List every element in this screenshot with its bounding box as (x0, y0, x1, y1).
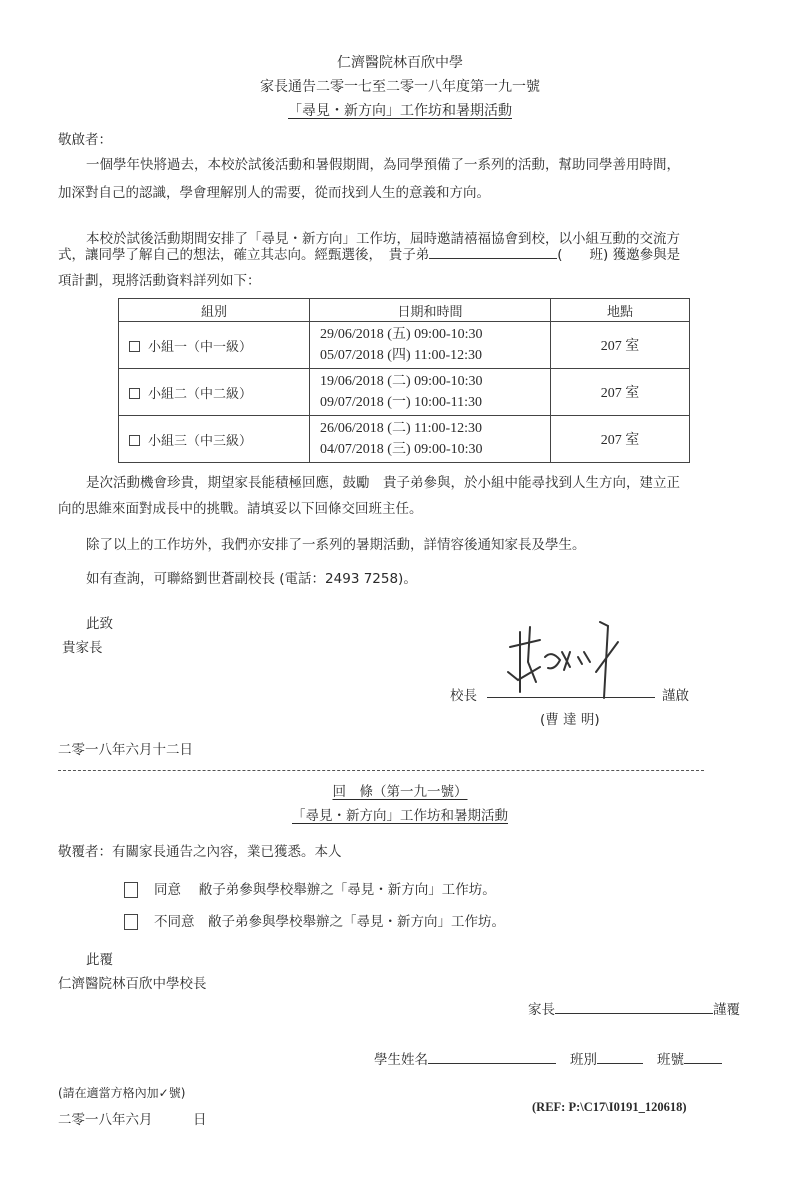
parent-signature-blank[interactable] (555, 999, 713, 1014)
reply-date: 二零一八年六月 日 (58, 1108, 207, 1128)
group-cell: 小組三（中三級） (119, 416, 310, 463)
reply-ci-fu: 此覆 (86, 948, 113, 968)
student-name-input[interactable] (428, 1049, 556, 1064)
paragraph-4: 除了以上的工作坊外，我們亦安排了一系列的暑期活動，詳情容後通知家長及學生。 (86, 532, 586, 558)
paragraph-5: 如有查詢，可聯絡劉世蒼副校長 (電話：2493 7258)。 (86, 566, 417, 592)
paragraph-2-text-a: 式，讓同學了解自己的想法，確立其志向。經甄選後， 貴子弟 (58, 247, 429, 263)
salutation: 敬啟者： (58, 128, 112, 148)
datetime-cell: 26/06/2018 (二) 11:00-12:3004/07/2018 (三)… (310, 416, 551, 463)
header-datetime: 日期和時間 (310, 299, 551, 322)
datetime-cell: 29/06/2018 (五) 09:00-10:3005/07/2018 (四)… (310, 322, 551, 369)
table-header-row: 組別 日期和時間 地點 (119, 299, 690, 322)
group-label: 小組三（中三級） (148, 434, 252, 449)
location-cell: 207 室 (551, 369, 690, 416)
header-group: 組別 (119, 299, 310, 322)
parent-label: 家長 (528, 1002, 555, 1018)
checkbox-group-1[interactable] (129, 341, 140, 352)
notice-date: 二零一八年六月十二日 (58, 738, 193, 758)
cut-line-divider (58, 770, 704, 771)
checkbox-agree[interactable] (124, 882, 138, 898)
class-label: 班別 (570, 1052, 597, 1068)
reference-code: (REF: P:\C17\I0191_120618) (532, 1100, 687, 1115)
paragraph-3-line-2: 向的思維來面對成長中的挑戰。請填妥以下回條交回班主任。 (58, 496, 423, 522)
header-location: 地點 (551, 299, 690, 322)
closing-ci-zhi: 此致 (86, 612, 113, 632)
group-label: 小組二（中二級） (148, 387, 252, 402)
session-1: 26/06/2018 (二) 11:00-12:30 (320, 418, 550, 439)
respectfully-label: 謹啟 (662, 684, 689, 704)
student-name-blank[interactable] (429, 244, 557, 259)
class-input[interactable] (597, 1049, 643, 1064)
school-name: 仁濟醫院林百欣中學 (0, 52, 800, 72)
paragraph-1-line-1: 一個學年快將過去，本校於試後活動和暑假期間，為同學預備了一系列的活動，幫助同學善… (86, 152, 680, 178)
location-cell: 207 室 (551, 416, 690, 463)
group-cell: 小組一（中一級） (119, 322, 310, 369)
group-label: 小組一（中一級） (148, 340, 252, 355)
session-2: 04/07/2018 (三) 09:00-10:30 (320, 439, 550, 460)
session-1: 29/06/2018 (五) 09:00-10:30 (320, 324, 550, 345)
signature-line (487, 697, 655, 698)
reply-intro: 敬覆者：有關家長通告之內容，業已獲悉。本人 (58, 840, 342, 860)
paragraph-2-text-b: ( 班) 獲邀參與是 (557, 247, 680, 263)
location-cell: 207 室 (551, 322, 690, 369)
table-row: 小組三（中三級） 26/06/2018 (二) 11:00-12:3004/07… (119, 416, 690, 463)
paragraph-1-line-2: 加深對自己的認識，學會理解別人的需要，從而找到人生的意義和方向。 (58, 180, 490, 206)
option-disagree-label: 不同意 敝子弟參與學校舉辦之「尋見・新方向」工作坊。 (154, 914, 505, 930)
checkbox-disagree[interactable] (124, 914, 138, 930)
datetime-cell: 19/06/2018 (二) 09:00-10:3009/07/2018 (一)… (310, 369, 551, 416)
session-2: 09/07/2018 (一) 10:00-11:30 (320, 392, 550, 413)
option-disagree: 不同意 敝子弟參與學校舉辦之「尋見・新方向」工作坊。 (124, 910, 505, 930)
group-cell: 小組二（中二級） (119, 369, 310, 416)
closing-recipient: 貴家長 (62, 636, 103, 656)
student-info-field: 學生姓名班別班號 (374, 1048, 722, 1068)
parent-signature-field: 家長謹覆 (528, 998, 740, 1018)
table-row: 小組二（中二級） 19/06/2018 (二) 09:00-10:3009/07… (119, 369, 690, 416)
principal-signature-icon (500, 612, 640, 702)
class-number-label: 班號 (657, 1052, 684, 1068)
option-agree-label: 同意 敝子弟參與學校舉辦之「尋見・新方向」工作坊。 (154, 882, 496, 898)
notice-subject: 「尋見・新方向」工作坊和暑期活動 (288, 103, 512, 119)
schedule-table: 組別 日期和時間 地點 小組一（中一級） 29/06/2018 (五) 09:0… (118, 298, 690, 463)
notice-number: 家長通告二零一七至二零一八年度第一九一號 (0, 76, 800, 96)
session-2: 05/07/2018 (四) 11:00-12:30 (320, 345, 550, 366)
paragraph-3-line-1: 是次活動機會珍貴，期望家長能積極回應，鼓勵 貴子弟參與，於小組中能尋找到人生方向… (86, 470, 680, 496)
reply-title: 回 條（第一九一號） (333, 784, 468, 800)
reply-subject: 「尋見・新方向」工作坊和暑期活動 (292, 808, 508, 824)
class-number-input[interactable] (684, 1049, 722, 1064)
option-agree: 同意 敝子弟參與學校舉辦之「尋見・新方向」工作坊。 (124, 878, 496, 898)
reply-recipient: 仁濟醫院林百欣中學校長 (58, 972, 207, 992)
paragraph-2-line-3: 項計劃，現將活動資料詳列如下： (58, 268, 261, 294)
paragraph-2-line-2: 式，讓同學了解自己的想法，確立其志向。經甄選後， 貴子弟( 班) 獲邀參與是 (58, 242, 680, 268)
tick-instruction: (請在適當方格內加✓號) (58, 1084, 185, 1101)
principal-label: 校長 (450, 684, 477, 704)
student-name-label: 學生姓名 (374, 1052, 428, 1068)
checkbox-group-3[interactable] (129, 435, 140, 446)
principal-name: (曹 達 明) (540, 708, 600, 728)
session-1: 19/06/2018 (二) 09:00-10:30 (320, 371, 550, 392)
checkbox-group-2[interactable] (129, 388, 140, 399)
table-row: 小組一（中一級） 29/06/2018 (五) 09:00-10:3005/07… (119, 322, 690, 369)
parent-suffix: 謹覆 (713, 1002, 740, 1018)
